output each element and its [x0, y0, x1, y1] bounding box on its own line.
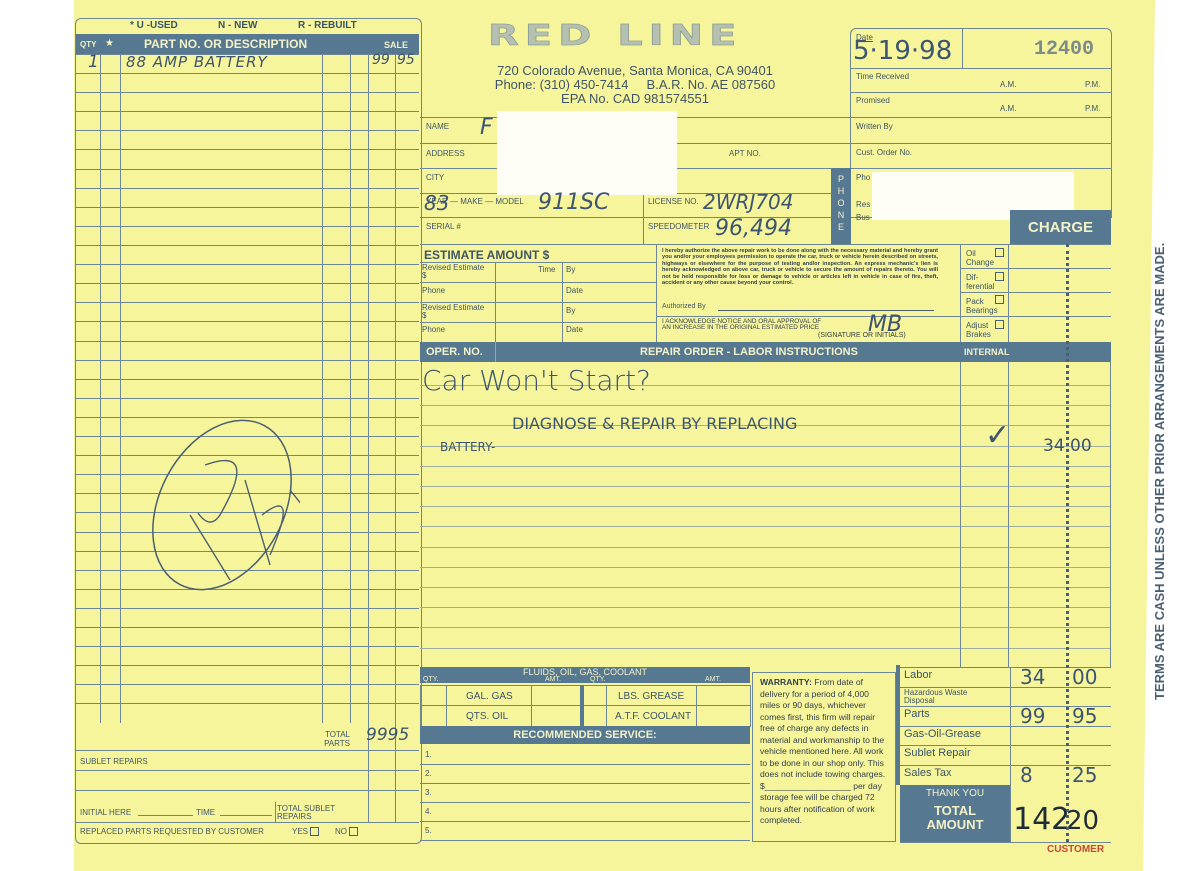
fluids-title: FLUIDS, OIL, GAS, COOLANT: [420, 667, 750, 677]
warranty-text: WARRANTY: From date of delivery for a pe…: [760, 677, 890, 827]
time-label: TIME: [196, 808, 215, 817]
written-by-label: Written By: [856, 122, 893, 131]
promised-label: Promised: [856, 96, 890, 105]
fluids-amt-1: AMT.: [545, 676, 561, 683]
vehicle-model: 911SC: [538, 190, 609, 215]
estimate-date-label-2: Date: [566, 325, 583, 334]
estimate-phone-label-2: Phone: [422, 325, 445, 334]
fluids-amt-2: AMT.: [705, 676, 721, 683]
differential-label: Dif-ferential: [966, 273, 994, 291]
order-date: 5·19·98: [853, 36, 952, 66]
thank-you-label: THANK YOU: [900, 788, 1010, 799]
estimate-by-label-2: By: [566, 306, 575, 315]
address-label: ADDRESS: [426, 149, 465, 158]
totals-row-dollars: 8: [1020, 763, 1033, 787]
no-option[interactable]: NO: [335, 827, 358, 836]
totals-row-cents: 25: [1072, 763, 1097, 787]
fluid-lbs-grease: LBS. GREASE: [618, 691, 684, 702]
city-label: CITY: [426, 173, 444, 182]
pack-bearings-checkbox[interactable]: [995, 295, 1004, 304]
totals-row-label: Sales Tax: [904, 769, 994, 777]
oper-no-header: OPER. NO.: [426, 346, 483, 358]
apt-label: APT NO.: [729, 149, 761, 158]
totals-row-cents: 00: [1072, 665, 1097, 689]
estimate-by-label-1: By: [566, 265, 575, 274]
initial-line[interactable]: [138, 815, 193, 816]
estimate-phone-label-1: Phone: [422, 286, 445, 295]
totals-row-label: Labor: [904, 671, 994, 679]
cust-order-label: Cust. Order No.: [856, 148, 912, 157]
description-header: PART NO. OR DESCRIPTION: [144, 37, 307, 51]
part-sale-cents: 95: [397, 52, 415, 68]
promised-pm[interactable]: P.M.: [1085, 104, 1100, 113]
yes-option[interactable]: YES: [292, 827, 319, 836]
no-label: NO: [335, 827, 347, 836]
time-line[interactable]: [220, 815, 272, 816]
dollar-sign: $: [422, 311, 426, 320]
estimate-title: ESTIMATE AMOUNT $: [424, 248, 549, 262]
total-parts-label: TOTAL PARTS: [322, 730, 350, 748]
phone-bus-label: Bus: [856, 213, 870, 222]
warranty-body: From date of delivery for a period of 4,…: [760, 677, 885, 779]
license-number: 2WRJ704: [703, 190, 793, 214]
total-sublet-label: TOTAL SUBLET REPAIRS: [277, 805, 337, 821]
legend-rebuilt: R - REBUILT: [298, 20, 357, 31]
fluids-qty-1: QTY.: [423, 676, 438, 683]
license-label: LICENSE NO.: [648, 197, 699, 206]
yes-checkbox[interactable]: [310, 827, 319, 836]
speedometer-reading: 96,494: [715, 216, 792, 241]
adjust-brakes-checkbox[interactable]: [995, 320, 1004, 329]
revised-estimate-label: Revised Estimate: [422, 303, 484, 312]
adjust-brakes-label: Adjust Brakes: [966, 321, 991, 339]
totals-row-dollars: 34: [1020, 665, 1045, 689]
oil-change-checkbox[interactable]: [995, 248, 1004, 257]
company-phone: Phone: (310) 450-7414 B.A.R. No. AE 0875…: [420, 78, 850, 92]
company-logo: RED LINE: [488, 20, 742, 52]
serial-label: SERIAL #: [426, 222, 461, 231]
speedometer-label: SPEEDOMETER: [648, 222, 709, 231]
time-received-am[interactable]: A.M.: [1000, 80, 1016, 89]
fluids-qty-2: QTY.: [590, 676, 605, 683]
totals-row-label: Hazardous Waste Disposal: [904, 689, 994, 705]
estimate-time-label: Time: [538, 265, 555, 274]
time-received-pm[interactable]: P.M.: [1085, 80, 1100, 89]
revised-estimate-2: Revised Estimate$: [422, 304, 484, 320]
terms-text: TERMS ARE CASH UNLESS OTHER PRIOR ARRANG…: [1152, 180, 1167, 700]
company-info: 720 Colorado Avenue, Santa Monica, CA 90…: [420, 64, 850, 106]
vehicle-year: 83: [424, 191, 449, 215]
time-received-label: Time Received: [856, 72, 909, 81]
fluid-qts-oil: QTS. OIL: [466, 711, 508, 722]
customer-name-initial: F: [480, 115, 493, 140]
no-checkbox[interactable]: [349, 827, 358, 836]
differential-checkbox[interactable]: [995, 272, 1004, 281]
warranty-title: WARRANTY:: [760, 677, 812, 687]
labor-instructions-header: REPAIR ORDER - LABOR INSTRUCTIONS: [640, 346, 858, 358]
phone-band-label: PHONE: [835, 173, 847, 233]
redacted-customer-info: [497, 111, 677, 195]
totals-row-label: Parts: [904, 710, 994, 718]
total-dollars: 142: [1013, 802, 1070, 837]
labor-check-icon: ✓: [985, 418, 1010, 453]
dollar-sign: $: [422, 271, 426, 280]
legend-new: N - NEW: [218, 20, 257, 31]
labor-line-3: BATTERY-: [440, 440, 495, 454]
labor-line-2: DIAGNOSE & REPAIR BY REPLACING: [512, 414, 797, 433]
recommended-line[interactable]: 2.: [425, 769, 432, 778]
replaced-parts-label: REPLACED PARTS REQUESTED BY CUSTOMER: [80, 827, 264, 836]
recommended-line[interactable]: 5.: [425, 826, 432, 835]
promised-am[interactable]: A.M.: [1000, 104, 1016, 113]
authorization-text: I hereby authorize the above repair work…: [662, 248, 938, 286]
sublet-repairs-label: SUBLET REPAIRS: [80, 757, 148, 766]
sale-header: SALE: [384, 40, 408, 50]
total-amount-label: TOTAL AMOUNT: [915, 804, 995, 832]
qty-header: QTY: [80, 40, 96, 49]
totals-row-dollars: 99: [1020, 704, 1045, 728]
fluid-atf-coolant: A.T.F. COOLANT: [615, 711, 691, 722]
cents-separator: [1066, 244, 1069, 842]
copy-label: CUSTOMER: [1047, 844, 1104, 855]
estimate-date-label-1: Date: [566, 286, 583, 295]
name-label: NAME: [426, 122, 449, 131]
oil-change-label: Oil Change: [966, 249, 994, 267]
revised-estimate-1: Revised Estimate$: [422, 264, 484, 280]
company-epa: EPA No. CAD 981574551: [420, 92, 850, 106]
recommended-title: RECOMMENDED SERVICE:: [420, 726, 750, 744]
acknowledge-text: I ACKNOWLEDGE NOTICE AND ORAL APPROVAL O…: [662, 319, 822, 331]
total-cents: 20: [1066, 806, 1099, 836]
labor-line-1: Car Won't Start?: [422, 364, 651, 397]
part-sale-dollars: 99: [372, 52, 390, 68]
fluid-gal-gas: GAL. GAS: [466, 691, 513, 702]
totals-row-label: Gas-Oil-Grease: [904, 730, 994, 738]
star-header-icon: ★: [105, 38, 114, 49]
approval-initials: MB: [868, 312, 902, 337]
initial-here-label: INITIAL HERE: [80, 808, 131, 817]
revised-estimate-label: Revised Estimate: [422, 263, 484, 272]
recommended-line[interactable]: 4.: [425, 807, 432, 816]
charge-header: CHARGE: [1010, 210, 1111, 244]
recommended-line[interactable]: 1.: [425, 750, 432, 759]
authorized-by-line[interactable]: [718, 310, 934, 311]
yes-label: YES: [292, 827, 308, 836]
totals-row-cents: 95: [1072, 704, 1097, 728]
paper-edge: [1115, 0, 1155, 871]
total-parts-value: 9995: [366, 725, 409, 745]
part-description: 88 AMP BATTERY: [126, 53, 268, 71]
legend-used: * U -USED: [130, 20, 178, 31]
authorized-by-label: Authorized By: [662, 303, 706, 310]
paid-signature-mark: [150, 405, 300, 605]
phone-res-label: Res: [856, 200, 870, 209]
totals-row-label: Sublet Repair: [904, 749, 994, 757]
recommended-line[interactable]: 3.: [425, 788, 432, 797]
internal-header: INTERNAL: [964, 347, 1010, 357]
storage-fee-text: $__________________ per day storage fee …: [760, 781, 882, 826]
phone-home-label: Pho: [856, 173, 870, 182]
company-address: 720 Colorado Avenue, Santa Monica, CA 90…: [420, 64, 850, 78]
part-qty: 1: [88, 52, 99, 72]
order-number: 12400: [1034, 38, 1094, 61]
pack-bearings-label: Pack Bearings: [966, 297, 998, 315]
